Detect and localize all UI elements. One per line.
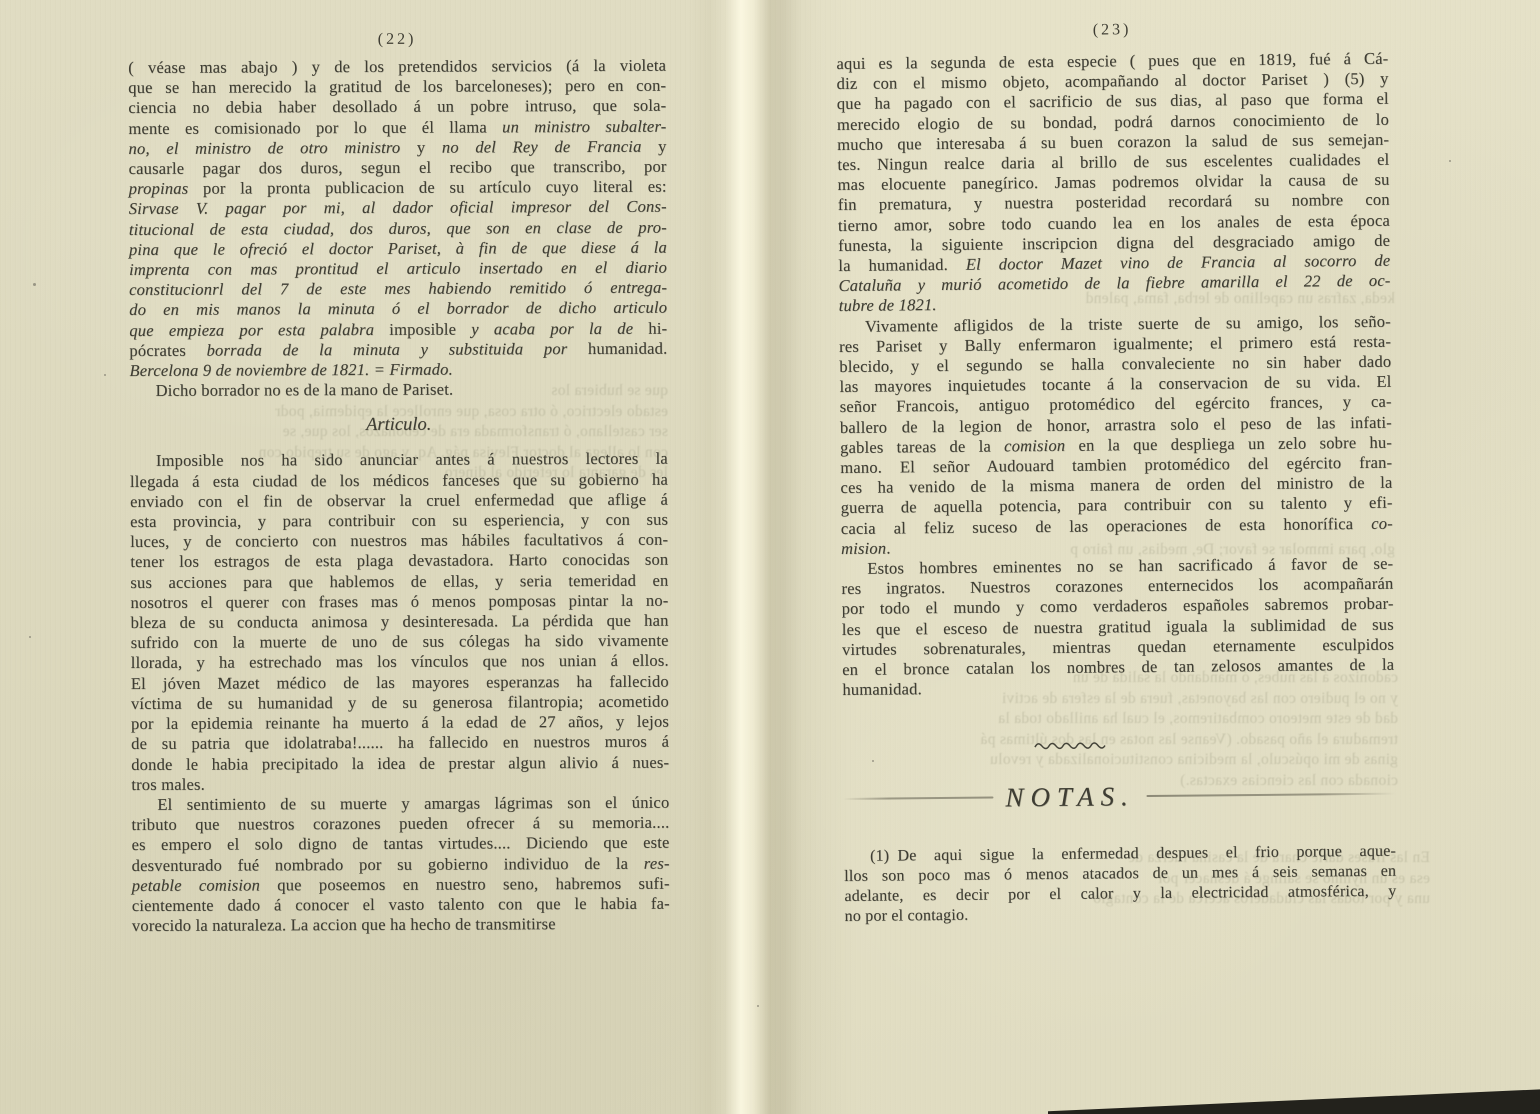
text-line: vorecido la naturaleza. La accion que ha… (132, 914, 670, 937)
book-scan-spread: { "colors": { "paper": "#dcd8bd", "paper… (0, 0, 1540, 1114)
text-line: bleza de su conducta animosa y desintere… (131, 611, 669, 634)
text-line: tributo que nuestros corazones pueden of… (131, 813, 669, 836)
page-text: ( véase mas abajo ) y de los pretendidos… (128, 56, 670, 937)
text-line: Dicho borrador no es de la mano de Paris… (130, 379, 668, 402)
right-page: (23) aqui es la segunda de esta especie … (836, 15, 1397, 928)
paragraph: Dicho borrador no es de la mano de Paris… (130, 379, 668, 402)
text-line: Bercelona 9 de noviembre de 1821. = Firm… (129, 359, 667, 382)
text-line: de su patria que idolatraba!...... ha fa… (131, 732, 669, 755)
footnote-paragraph: (1) De aqui sigue la enfermedad despues … (844, 841, 1397, 927)
text-line: no, el ministro de otro ministro y no de… (128, 136, 666, 159)
text-line: que empieza por esta palabra imposible y… (129, 318, 667, 341)
text-line: pina que le ofreció el doctor Pariset, à… (129, 237, 667, 260)
text-line: Imposible nos ha sido anunciar antes á n… (130, 449, 668, 472)
page-number: (22) (128, 28, 666, 52)
text-line: sus acciones para que hablemos de ellas,… (130, 570, 668, 593)
text-line: desventurado fué nombrado por su gobiern… (132, 853, 670, 876)
paper-speck (757, 1005, 759, 1007)
text-line: tros males. (131, 772, 669, 795)
squiggle-divider (1033, 738, 1107, 751)
notas-heading: NOTAS. (1005, 780, 1135, 813)
horizontal-rule (843, 796, 993, 799)
text-line: El sentimiento de su muerte y amargas lá… (131, 793, 669, 816)
text-line: ( véase mas abajo ) y de los pretendidos… (128, 56, 666, 79)
paper-speck (104, 374, 106, 376)
text-line: que se han merecido la gratitud de los b… (128, 76, 666, 99)
text-line: llegada á esta ciudad de los médicos fan… (130, 469, 668, 492)
text-line: titucional de esta ciudad, dos duros, qu… (129, 217, 667, 240)
book-gutter-shadow (688, 0, 820, 1114)
text-line: nosotros el querer con frases mas ó meno… (130, 591, 668, 614)
text-line: pócrates borrada de la minuta y substitu… (129, 338, 667, 361)
text-line: esta provincia, y para contribuir con su… (130, 510, 668, 533)
paper-speck (29, 636, 31, 638)
text-line: tener los estragos de esta plaga devasta… (130, 550, 668, 573)
paragraph: Estos hombres eminentes no se han sacrif… (841, 554, 1394, 701)
scanner-bed-corner (1048, 1086, 1540, 1114)
page-number: (23) (836, 15, 1388, 46)
text-line: petable comision que poseemos en nuestro… (132, 873, 670, 896)
text-line: donde le habia precipitado la idea de pr… (131, 752, 669, 775)
text-line: mente es comisionado por lo que él llama… (128, 116, 666, 139)
notas-heading-row: NOTAS. (843, 777, 1395, 814)
paragraph: ( véase mas abajo ) y de los pretendidos… (128, 56, 667, 382)
text-line: imprenta con mas prontitud el articulo i… (129, 258, 667, 281)
text-line: enviado con el fin de observar la cruel … (130, 490, 668, 513)
paragraph: Imposible nos ha sido anunciar antes á n… (130, 449, 669, 795)
text-line: propinas por la pronta publicacion de su… (129, 177, 667, 200)
paragraph: aqui es la segunda de esta especie ( pue… (836, 49, 1390, 317)
text-line: causarle pagar dos duros, segun el recib… (129, 157, 667, 180)
text-line: luces, y de concierto con nuestros mas h… (130, 530, 668, 553)
text-line: por la epidemia reinante ha muerto á la … (131, 712, 669, 735)
text-line: do en mis manos la minuta ó el borrador … (129, 298, 667, 321)
text-line: cientemente dado á conocer el vasto tale… (132, 894, 670, 917)
paper-speck (1449, 160, 1451, 162)
text-line: es empero el solo digno de tantas virtud… (132, 833, 670, 856)
horizontal-rule (1147, 792, 1396, 796)
paragraph: El sentimiento de su muerte y amargas lá… (131, 793, 670, 937)
text-line: ciencia no debia haber desollado á un po… (128, 96, 666, 119)
text-line: constitucionrl del 7 de este mes habiend… (129, 278, 667, 301)
text-line: El jóven Mazet médico de las mayores esp… (131, 671, 669, 694)
text-line: sufrido con la muerte de uno de sus cóle… (131, 631, 669, 654)
section-heading: Articulo. (130, 413, 668, 437)
text-line: víctima de su humanidad y de su generosa… (131, 692, 669, 715)
left-page: (22) ( véase mas abajo ) y de los preten… (128, 28, 670, 937)
text-line: llorada, y ha estrechado mas los vínculo… (131, 651, 669, 674)
paragraph: Vivamente afligidos de la triste suerte … (839, 311, 1393, 559)
text-line: Sirvase V. pagar por mi, al dador oficia… (129, 197, 667, 220)
text-line: no por el contagio. (845, 902, 1397, 928)
page-text: aqui es la segunda de esta especie ( pue… (836, 49, 1396, 928)
paper-speck (33, 283, 36, 286)
